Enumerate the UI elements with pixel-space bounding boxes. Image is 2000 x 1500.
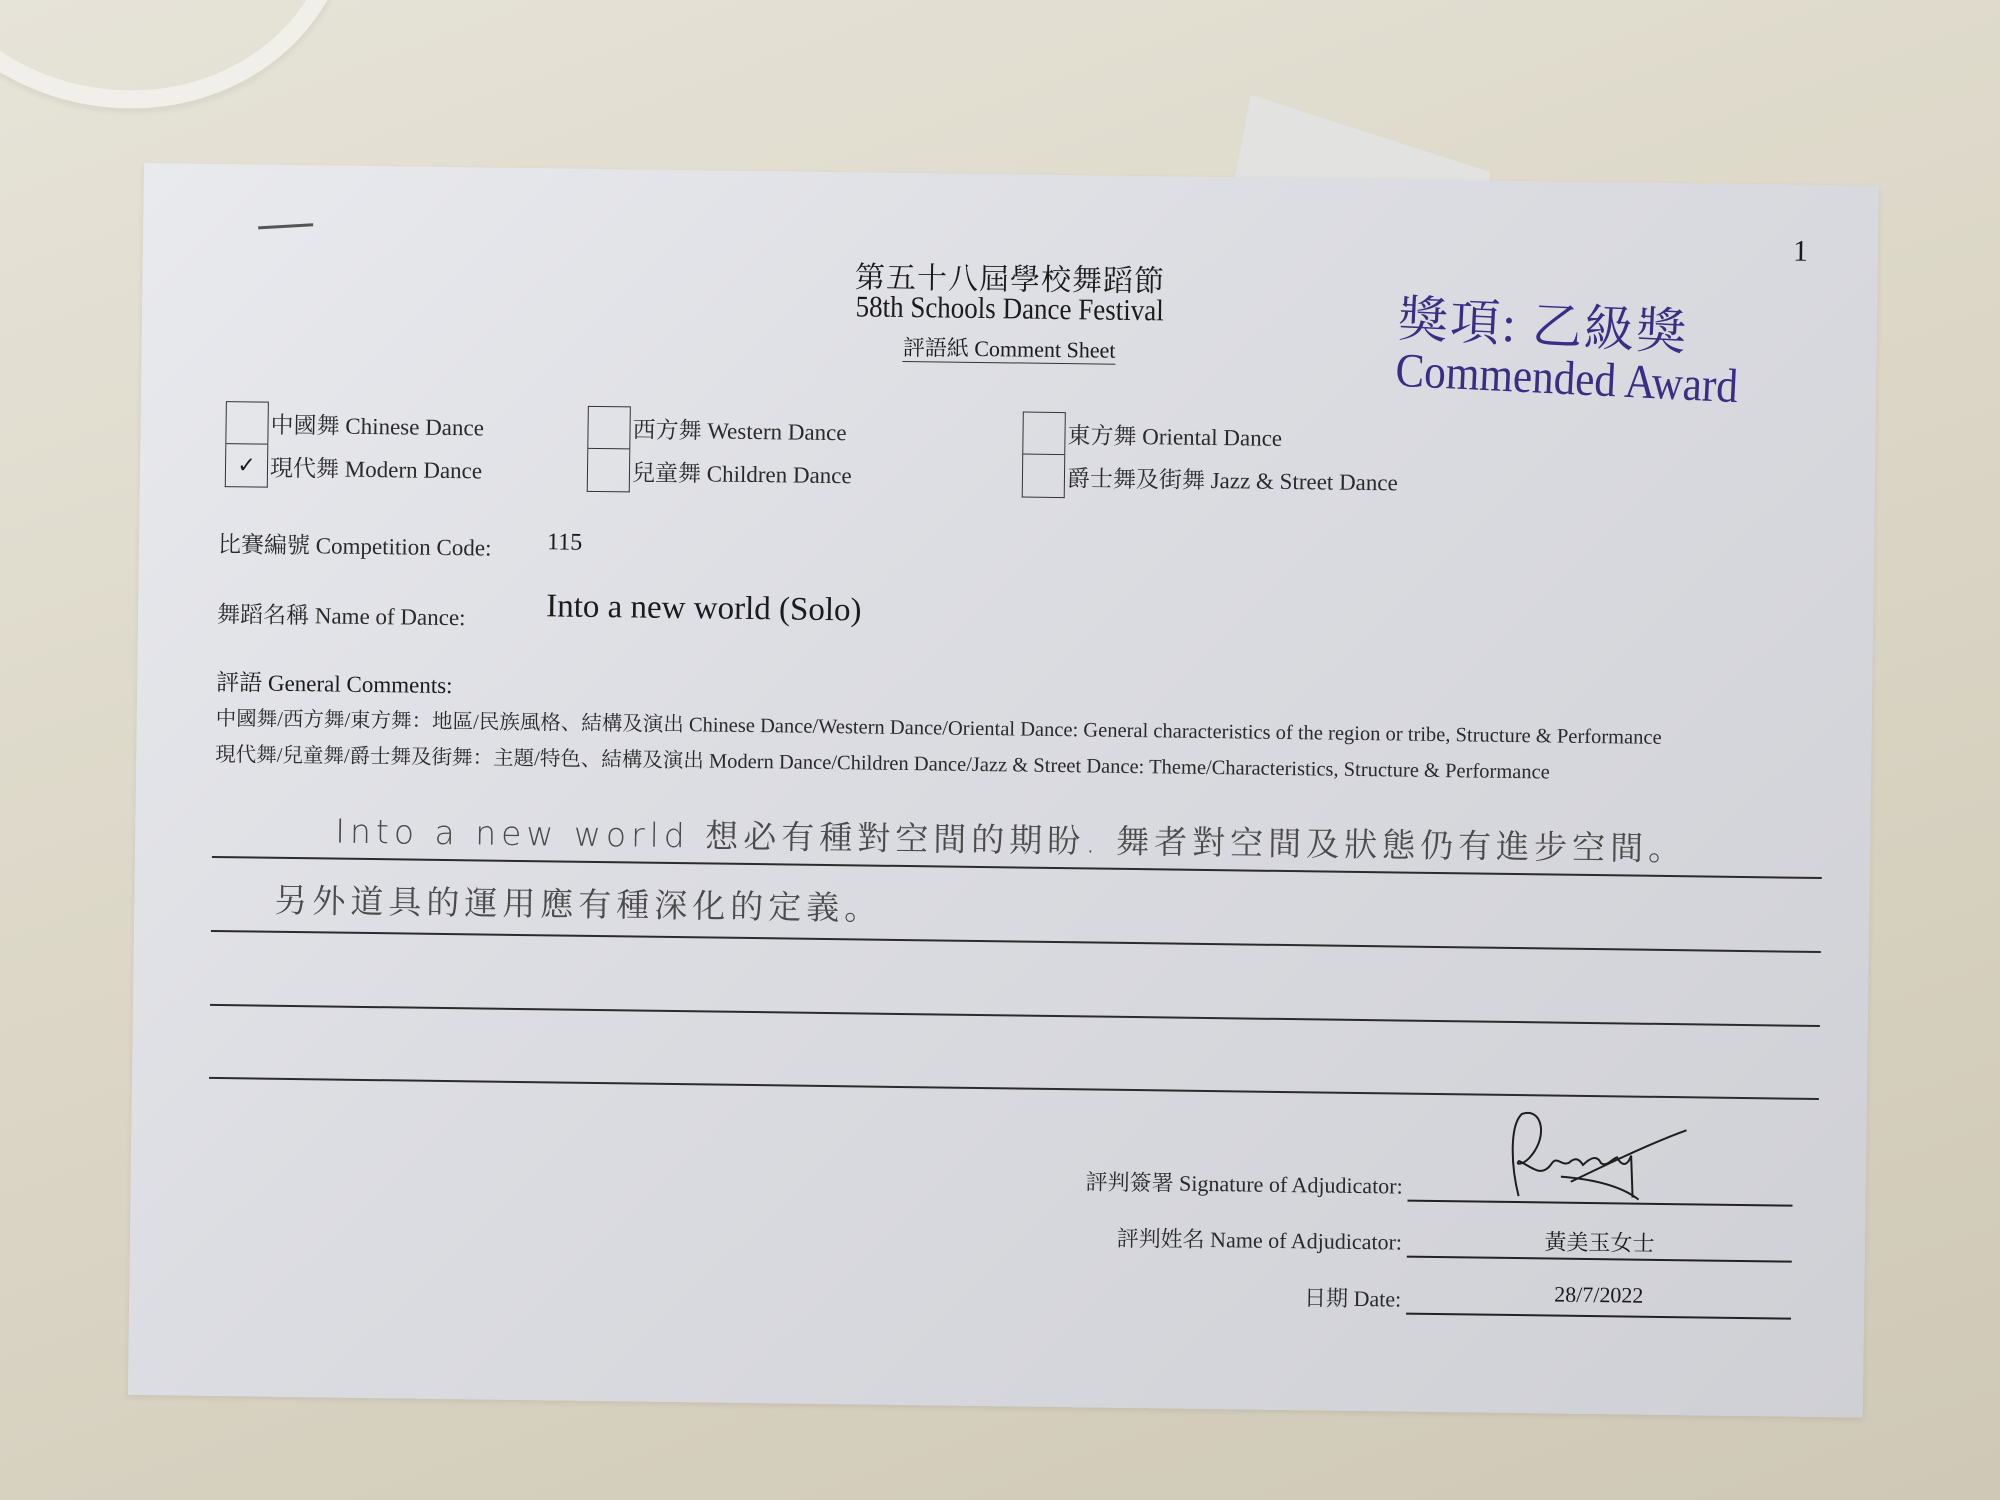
category-group-1: 中國舞 Chinese Dance ✓ 現代舞 Modern Dance bbox=[225, 401, 484, 490]
date-label: 日期 Date: bbox=[849, 1275, 1401, 1313]
category-group-2: 西方舞 Western Dance 兒童舞 Children Dance bbox=[587, 406, 853, 495]
checkbox[interactable] bbox=[1022, 455, 1066, 499]
checkbox[interactable] bbox=[587, 449, 631, 493]
competition-code-value: 115 bbox=[547, 529, 582, 556]
category-label: 爵士舞及街舞 Jazz & Street Dance bbox=[1067, 460, 1398, 497]
checkbox[interactable] bbox=[587, 406, 631, 450]
pencil-mark bbox=[258, 223, 313, 229]
handwritten-comment-line-2: 另外道具的運用應有種深化的定義。 bbox=[274, 875, 883, 930]
category-chinese-dance[interactable]: 中國舞 Chinese Dance bbox=[225, 401, 484, 447]
comment-sheet: 1 第五十八屆學校舞蹈節 58th Schools Dance Festival… bbox=[128, 163, 1879, 1418]
category-western-dance[interactable]: 西方舞 Western Dance bbox=[587, 406, 852, 452]
category-label: 西方舞 Western Dance bbox=[632, 411, 846, 447]
subtitle-text: 評語紙 Comment Sheet bbox=[903, 335, 1116, 365]
category-jazz-street-dance[interactable]: 爵士舞及街舞 Jazz & Street Dance bbox=[1022, 455, 1398, 503]
checkbox[interactable] bbox=[1022, 412, 1066, 456]
signature-label: 評判簽署 Signature of Adjudicator: bbox=[851, 1162, 1403, 1200]
category-group-3: 東方舞 Oriental Dance 爵士舞及街舞 Jazz & Street … bbox=[1022, 412, 1399, 503]
comment-rule-4 bbox=[209, 1077, 1819, 1100]
category-label: 兒童舞 Children Dance bbox=[632, 454, 852, 490]
background-cable bbox=[0, 0, 416, 174]
category-children-dance[interactable]: 兒童舞 Children Dance bbox=[587, 449, 852, 495]
comment-rule-3 bbox=[210, 1004, 1820, 1027]
adjudicator-name-label: 評判姓名 Name of Adjudicator: bbox=[850, 1218, 1402, 1256]
checkbox[interactable] bbox=[225, 401, 269, 445]
category-oriental-dance[interactable]: 東方舞 Oriental Dance bbox=[1022, 412, 1398, 460]
check-icon: ✓ bbox=[237, 452, 256, 478]
category-modern-dance[interactable]: ✓ 現代舞 Modern Dance bbox=[225, 444, 484, 490]
date-line bbox=[1406, 1313, 1791, 1320]
adjudicator-name-value: 黃美玉女士 bbox=[1407, 1224, 1792, 1260]
dance-name-label: 舞蹈名稱 Name of Dance: bbox=[217, 596, 466, 632]
competition-code-label: 比賽編號 Competition Code: bbox=[218, 526, 492, 563]
dance-name-value: Into a new world (Solo) bbox=[546, 588, 862, 629]
award-stamp: 獎項: 乙級獎 Commended Award bbox=[1394, 293, 1779, 414]
category-label: 現代舞 Modern Dance bbox=[270, 450, 482, 486]
category-label: 東方舞 Oriental Dance bbox=[1067, 417, 1282, 453]
general-comments-heading: 評語 General Comments: bbox=[216, 664, 453, 700]
date-value: 28/7/2022 bbox=[1406, 1280, 1791, 1311]
comment-rule-2 bbox=[211, 930, 1821, 953]
checkbox[interactable]: ✓ bbox=[225, 444, 269, 488]
category-label: 中國舞 Chinese Dance bbox=[270, 407, 484, 443]
adjudicator-signature bbox=[1500, 1106, 1691, 1208]
